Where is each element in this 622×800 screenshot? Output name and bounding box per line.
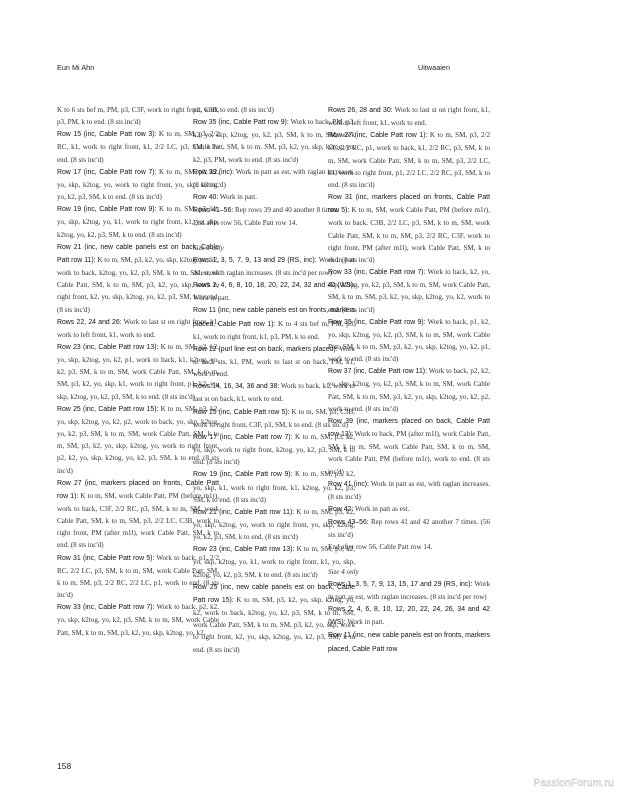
row-instruction-text: Work in patt as est. bbox=[353, 505, 409, 513]
row-label: Rows 41–56: bbox=[193, 207, 233, 214]
row-label: Row 23 (inc, Cable Patt row 13): bbox=[193, 546, 294, 553]
row-instruction-text: End after row 56, Cable Patt row 14. bbox=[328, 543, 432, 551]
row-label: Row 31 (inc, Cable Patt row 5): bbox=[57, 555, 154, 562]
instruction-paragraph: Row 37 (inc, Cable Patt row 11): Work to… bbox=[328, 365, 490, 415]
row-label: Row 11 (inc, new cable panels est on fro… bbox=[328, 632, 490, 652]
row-label: Row 19 (inc, Cable Patt row 9): bbox=[57, 206, 157, 213]
row-label: Row 25 (inc, Cable Patt row 15): bbox=[57, 406, 158, 413]
size-heading: Size 4 only bbox=[328, 566, 490, 578]
row-label: Row 19 (inc, Cable Patt row 9): bbox=[193, 471, 293, 478]
row-label: Row 27 (inc, Cable Patt row 1): bbox=[328, 132, 427, 139]
row-label: Row 40: bbox=[193, 194, 218, 201]
instruction-paragraph: Row 42: Work in patt as est. bbox=[328, 503, 490, 516]
instruction-paragraph: Row 33 (inc, Cable Patt row 7): Work to … bbox=[328, 266, 490, 316]
watermark: PassionForum.ru bbox=[533, 778, 614, 789]
row-label: Row 35 (inc, Cable Patt row 9): bbox=[193, 119, 289, 126]
row-label: Row 17 (inc, Cable Patt row 7): bbox=[193, 434, 293, 441]
page-number: 158 bbox=[57, 761, 71, 771]
row-label: Row 21 (inc, Cable Patt row 11): bbox=[193, 509, 294, 516]
text-column-3: Rows 26, 28 and 30: Work to last st on r… bbox=[328, 104, 490, 656]
row-instruction-text: Size 3 only bbox=[193, 244, 224, 252]
row-label: Rows 1, 3, 5, 7, 9, 13 and 29 (RS, inc): bbox=[193, 257, 317, 264]
row-instruction-text: K to m, SM, p3, 2/2 LC, 2/2 RC, p1, work… bbox=[328, 131, 490, 189]
instruction-paragraph: Row 27 (inc, Cable Patt row 1): K to m, … bbox=[328, 129, 490, 191]
row-instruction-text: p2, work to end. (8 sts inc'd) bbox=[193, 106, 274, 114]
row-label: Row 39 (inc): bbox=[193, 169, 234, 176]
row-instruction-text: K to m, SM, work Cable Patt, PM (before … bbox=[328, 206, 490, 264]
row-label: Row 17 (inc, Cable Patt row 7): bbox=[57, 169, 157, 176]
row-label: Rows 43–56: bbox=[328, 519, 369, 526]
row-label: Row 23 (inc, Cable Patt row 13): bbox=[57, 344, 158, 351]
instruction-paragraph: Rows 2, 4, 6, 8, 10, 12, 20, 22, 24, 26,… bbox=[328, 603, 490, 629]
instruction-paragraph: Row 39 (inc, markers placed on back, Cab… bbox=[328, 415, 490, 478]
instruction-paragraph: Row 41 (inc): Work in patt as est, with … bbox=[328, 478, 490, 503]
row-label: Row 42: bbox=[328, 506, 353, 513]
row-label: Row 41 (inc): bbox=[328, 481, 369, 488]
row-label: Row 33 (inc, Cable Patt row 7): bbox=[57, 604, 154, 611]
row-instruction-text: Work in patt. bbox=[346, 618, 385, 626]
row-instruction-text: Work in patt. bbox=[193, 294, 230, 302]
row-label: Rows 1, 3, 5, 7, 9, 13, 15, 17 and 29 (R… bbox=[328, 581, 473, 588]
row-label: Row 12 (purl line est on back, markers p… bbox=[193, 346, 338, 353]
instruction-paragraph: Rows 1, 3, 5, 7, 9, 13, 15, 17 and 29 (R… bbox=[328, 578, 490, 603]
instruction-paragraph: End after row 56, Cable Patt row 14. bbox=[328, 541, 490, 553]
row-label: Rows 22, 24 and 26: bbox=[57, 319, 122, 326]
row-instruction-text: Rep rows 39 and 40 another 8 times. bbox=[233, 206, 339, 214]
row-label: Row 15 (inc, Cable Patt row 3): bbox=[57, 131, 156, 138]
row-instruction-text: Work to back, PM (after m1l), work Cable… bbox=[328, 430, 490, 475]
row-label: Row 15 (inc, Cable Patt row 5): bbox=[193, 409, 290, 416]
row-instruction-text: End after row 56, Cable Patt row 14. bbox=[193, 219, 297, 227]
row-instruction-text: Work in patt. bbox=[218, 193, 257, 201]
instruction-paragraph: Row 35 (inc, Cable Patt row 9): Work to … bbox=[328, 316, 490, 366]
row-instruction-text: Size 4 only bbox=[328, 568, 359, 576]
row-label: Rows 14, 16, 34, 36 and 38: bbox=[193, 383, 279, 390]
row-label: Row 35 (inc, Cable Patt row 9): bbox=[328, 319, 425, 326]
instruction-paragraph: Row 11 (inc, new cable panels est on fro… bbox=[328, 629, 490, 655]
running-head-author: Eun Mi Ahn bbox=[57, 63, 94, 72]
running-head-title: Uitwaaien bbox=[418, 63, 450, 72]
row-label: Rows 26, 28 and 30: bbox=[328, 107, 393, 114]
instruction-paragraph: Rows 43–56: Rep rows 41 and 42 another 7… bbox=[328, 516, 490, 541]
row-label: Row 33 (inc, Cable Patt row 7): bbox=[328, 269, 425, 276]
instruction-paragraph: Rows 26, 28 and 30: Work to last st on r… bbox=[328, 104, 490, 129]
row-label: Row 37 (inc, Cable Patt row 11): bbox=[328, 368, 427, 375]
instruction-paragraph: Row 31 (inc, markers placed on fronts, C… bbox=[328, 191, 490, 266]
